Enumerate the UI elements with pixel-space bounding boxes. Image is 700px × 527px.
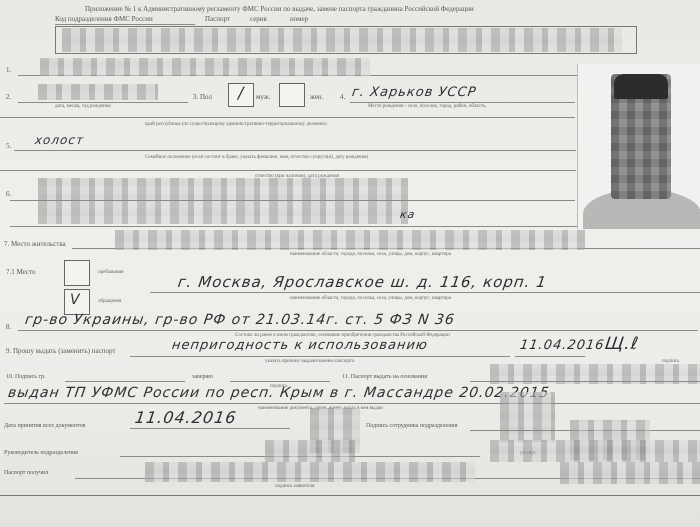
field-7-1-label: 7.1 Место [6, 268, 36, 276]
redacted-residence [115, 230, 585, 250]
field-8-label: 8. [6, 323, 11, 331]
redacted-receiver-signature [560, 462, 700, 484]
field-7-1-caption: наименование области, города, поселка, с… [290, 296, 451, 301]
request-date-value: 11.04.2016 [519, 338, 606, 353]
redacted-head-signature [490, 440, 700, 462]
field-10-label: 10. Подпись гр. [6, 374, 46, 380]
application-place-label: обращения [98, 299, 121, 304]
passport-label: Паспорт [205, 15, 230, 23]
marital-status-value: холост [34, 133, 85, 147]
stay-place-label: пребывания [98, 270, 123, 275]
citizenship-value: гр-во Украины, гр-во РФ от 21.03.14г. ст… [24, 312, 456, 328]
field-2-label: 2. [6, 93, 11, 101]
field-7-label: 7. Место жительства [4, 240, 66, 248]
field-5-label: 5. [6, 142, 11, 150]
field-9-label: 9. Прошу выдать (заменить) паспорт [6, 347, 115, 355]
officer-signature-label: Подпись сотрудника подразделения [366, 423, 457, 429]
field-6-tail: ка [399, 208, 416, 221]
field-4-caption: Место рождения - село, поселок, город, р… [368, 104, 486, 109]
reason-value: непригодность к использованию [171, 338, 429, 353]
field-10-certify: заверяю [192, 374, 213, 380]
field-5-caption: Семейное положение (если состоит в браке… [145, 155, 368, 160]
field-6-label: 6. [6, 190, 11, 198]
sex-female-label: жен. [310, 93, 323, 101]
passport-application-form: Приложение № 1 к Административному регла… [0, 0, 700, 527]
field-3-label: 3. Пол [193, 93, 212, 101]
passport-received-label: Паспорт получил [4, 470, 48, 476]
redacted-field-6 [38, 178, 408, 224]
birthplace-value: г. Харьков УССР [351, 85, 478, 100]
applicant-photo [577, 64, 700, 229]
checkmark-icon: V [70, 293, 80, 307]
accept-date-value: 11.04.2016 [134, 408, 238, 427]
form-header: Приложение № 1 к Административному регла… [85, 5, 474, 13]
field-11-label: 11. Паспорт выдать на основании [342, 374, 427, 380]
sex-male-label: муж. [256, 93, 270, 101]
redacted-receiver [145, 462, 475, 482]
stay-address-value: г. Москва, Ярославское ш. д. 116, корп. … [177, 273, 548, 291]
field-7-caption: наименование области, города, поселка, с… [290, 252, 451, 257]
series-label: серия [250, 15, 267, 23]
applicant-signature: Щ.ℓ [604, 334, 641, 354]
field-1-label: 1. [6, 66, 11, 74]
redacted-name [62, 28, 622, 52]
number-label: номер [290, 15, 308, 23]
field-9-caption: указать причину выдачи/замены паспорта [265, 359, 354, 364]
received-caption: подпись заявителя [275, 484, 314, 489]
checkmark-icon: / [238, 85, 243, 101]
field-4-label: 4. [340, 93, 345, 101]
field-4-caption-2: край республика (по существующему админи… [145, 122, 327, 127]
accept-date-label: Дата принятия всех документов [4, 423, 85, 429]
redacted-stamp [500, 392, 555, 442]
sex-female-checkbox[interactable] [279, 83, 305, 107]
field-2-caption: дата, месяц, год рождения [55, 104, 111, 109]
fms-code-label: Код подразделения ФМС России [55, 15, 153, 23]
basis-document-value: выдан ТП УФМС России по респ. Крым в г. … [7, 385, 551, 401]
redacted-head-name [265, 440, 355, 462]
stay-place-checkbox[interactable] [64, 260, 90, 286]
redacted-field-1 [40, 58, 370, 76]
redacted-birth-date [38, 84, 158, 100]
department-head-label: Руководитель подразделения [4, 450, 78, 456]
